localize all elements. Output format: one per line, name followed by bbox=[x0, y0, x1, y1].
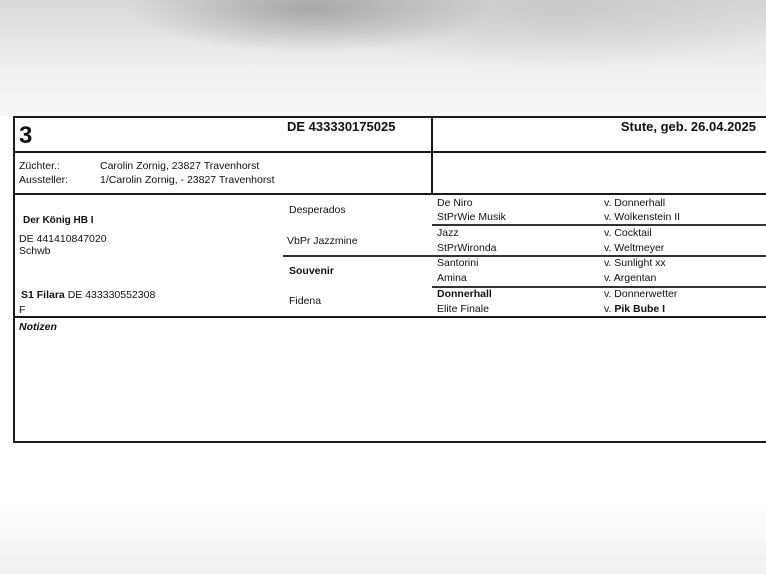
breeder-label: Züchter.: bbox=[19, 160, 60, 172]
pedigree-divider bbox=[13, 316, 766, 318]
ggp-5-name: Santorini bbox=[437, 257, 478, 269]
ggp-8-name: Elite Finale bbox=[437, 303, 489, 315]
sex-birth-date: Stute, geb. 26.04.2025 bbox=[621, 119, 756, 134]
registration-number: DE 433330175025 bbox=[287, 119, 395, 134]
header-column-divider bbox=[431, 116, 433, 194]
ggp-2-name: StPrWie Musik bbox=[437, 211, 506, 223]
grandparent-sire-dam: VbPr Jazzmine bbox=[287, 235, 358, 247]
notes-label: Notizen bbox=[19, 321, 57, 333]
catalog-number: 3 bbox=[19, 123, 32, 149]
exhibitor-value: 1/Carolin Zornig, - 23827 Travenhorst bbox=[100, 174, 275, 186]
photo-background-bottom bbox=[0, 500, 766, 574]
ggp-5-sire: v. Sunlight xx bbox=[604, 257, 666, 269]
ggp-7-sire: v. Donnerwetter bbox=[604, 288, 677, 300]
ggp-3-sire: v. Cocktail bbox=[604, 227, 652, 239]
header-divider bbox=[13, 151, 766, 153]
dam-breed: F bbox=[19, 304, 25, 316]
ggp-6-sire: v. Argentan bbox=[604, 272, 656, 284]
grandparent-dam-dam: Fidena bbox=[289, 295, 321, 307]
ggp-8-sire: v. Pik Bube I bbox=[604, 303, 665, 315]
ggp-8-sire-name: Pik Bube I bbox=[614, 303, 665, 315]
ggp-7-name: Donnerhall bbox=[437, 288, 492, 300]
sire-breed: Schwb bbox=[19, 245, 51, 257]
ggp-1-name: De Niro bbox=[437, 197, 473, 209]
ggp-1-sire: v. Donnerhall bbox=[604, 197, 665, 209]
notes-area[interactable] bbox=[15, 334, 766, 441]
ggp-4-sire: v. Weltmeyer bbox=[604, 242, 664, 254]
grandparent-sire-sire: Desperados bbox=[289, 204, 346, 216]
dam-registration: DE 433330552308 bbox=[68, 289, 156, 301]
grandparent-dam-sire: Souvenir bbox=[289, 265, 334, 277]
exhibitor-label: Aussteller: bbox=[19, 174, 68, 186]
breeder-divider bbox=[13, 193, 766, 195]
sire-registration: DE 441410847020 bbox=[19, 233, 107, 245]
dam-info: S1 Filara DE 433330552308 bbox=[21, 289, 155, 301]
breeder-value: Carolin Zornig, 23827 Travenhorst bbox=[100, 160, 259, 172]
ggp-8-sire-prefix: v. bbox=[604, 303, 614, 315]
ggp-6-name: Amina bbox=[437, 272, 467, 284]
photo-background-top bbox=[0, 0, 766, 116]
ggp-3-name: Jazz bbox=[437, 227, 459, 239]
dam-name: S1 Filara bbox=[21, 289, 65, 301]
ggp-2-sire: v. Wolkenstein II bbox=[604, 211, 680, 223]
sire-name: Der König HB I bbox=[23, 215, 94, 227]
ggp-divider-1 bbox=[432, 224, 766, 226]
ggp-4-name: StPrWironda bbox=[437, 242, 497, 254]
ggp-divider-2 bbox=[283, 255, 766, 257]
